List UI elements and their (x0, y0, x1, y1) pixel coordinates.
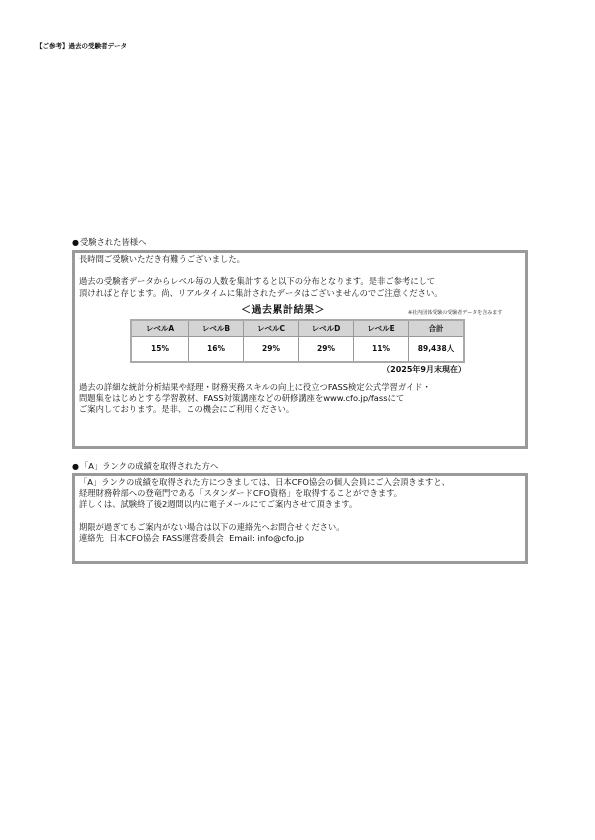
a-rank-line4: 期限が過ぎてもご案内がない場合は以下の連絡先へお問合せください。 (79, 522, 521, 533)
contact-line: 連絡先 日本CFO協会 FASS運営委員会 Email: info@cfo.jp (79, 533, 521, 544)
value-level-c: 29% (244, 336, 299, 362)
bullet-icon: ● (72, 238, 79, 247)
value-level-b: 16% (189, 336, 244, 362)
results-caption: ＜過去累計結果＞ ※社内団体受験の受験者データを含みます (79, 306, 521, 318)
value-level-a: 15% (131, 336, 189, 362)
value-level-e: 11% (354, 336, 409, 362)
contact-email: Email: info@cfo.jp (229, 533, 304, 543)
section-title-text: 「A」ランクの成績を取得された方へ (80, 461, 218, 471)
results-caption-title: ＜過去累計結果＞ (241, 305, 325, 316)
contact-label: 連絡先 (79, 533, 104, 543)
examinees-message-box: 長時間ご受験いただき有難うございました。 過去の受験者データからレベル毎の人数を… (72, 250, 528, 449)
page-header: 【ご参考】過去の受験者データ (36, 41, 127, 50)
a-rank-line2: 経理財務幹部への登竜門である「スタンダードCFO資格」を取得することができます。 (79, 488, 521, 499)
a-rank-message-box: 「A」ランクの成績を取得された方につきましては、日本CFO協会の個人会員にご入会… (72, 473, 528, 564)
distribution-intro-line2: 頂ければと存じます。尚、リアルタイムに集計されたデータはございませんのでご注意く… (79, 288, 521, 299)
section-title-a-rank: ●「A」ランクの成績を取得された方へ (72, 461, 218, 472)
results-caption-note: ※社内団体受験の受験者データを含みます (408, 308, 502, 319)
header-level-b: レベルB (189, 320, 244, 337)
a-rank-line3: 詳しくは、試験終了後2週間以内に電子メールにてご案内させて頂きます。 (79, 499, 521, 510)
header-level-c: レベルC (244, 320, 299, 337)
results-header-row: レベルA レベルB レベルC レベルD レベルE 合計 (131, 320, 464, 337)
bullet-icon: ● (72, 462, 79, 471)
study-materials-line3: ご案内しております。是非、この機会にご利用ください。 (79, 404, 521, 415)
thanks-text: 長時間ご受験いただき有難うございました。 (79, 254, 521, 265)
section-title-examinees: ●受験された皆様へ (72, 237, 146, 248)
header-level-a: レベルA (131, 320, 189, 337)
study-materials-line2: 問題集をはじめとする学習教材、FASS対策講座などの研修講座をwww.cfo.j… (79, 393, 521, 404)
results-value-row: 15% 16% 29% 29% 11% 89,438人 (131, 336, 464, 362)
results-table: レベルA レベルB レベルC レベルD レベルE 合計 15% 16% 29% … (130, 319, 465, 363)
study-materials-line1: 過去の詳細な統計分析結果や経理・財務実務スキルの向上に役立つFASS検定公式学習… (79, 382, 521, 393)
value-total: 89,438人 (409, 336, 465, 362)
header-level-d: レベルD (299, 320, 354, 337)
contact-org: 日本CFO協会 FASS運営委員会 (109, 533, 224, 543)
section-title-text: 受験された皆様へ (80, 237, 146, 247)
a-rank-line1: 「A」ランクの成績を取得された方につきましては、日本CFO協会の個人会員にご入会… (79, 477, 521, 488)
distribution-intro-line1: 過去の受験者データからレベル毎の人数を集計すると以下の分布となります。是非ご参考… (79, 276, 521, 287)
header-level-e: レベルE (354, 320, 409, 337)
header-total: 合計 (409, 320, 465, 337)
as-of-date: （2025年9月末現在） (79, 364, 466, 376)
value-level-d: 29% (299, 336, 354, 362)
